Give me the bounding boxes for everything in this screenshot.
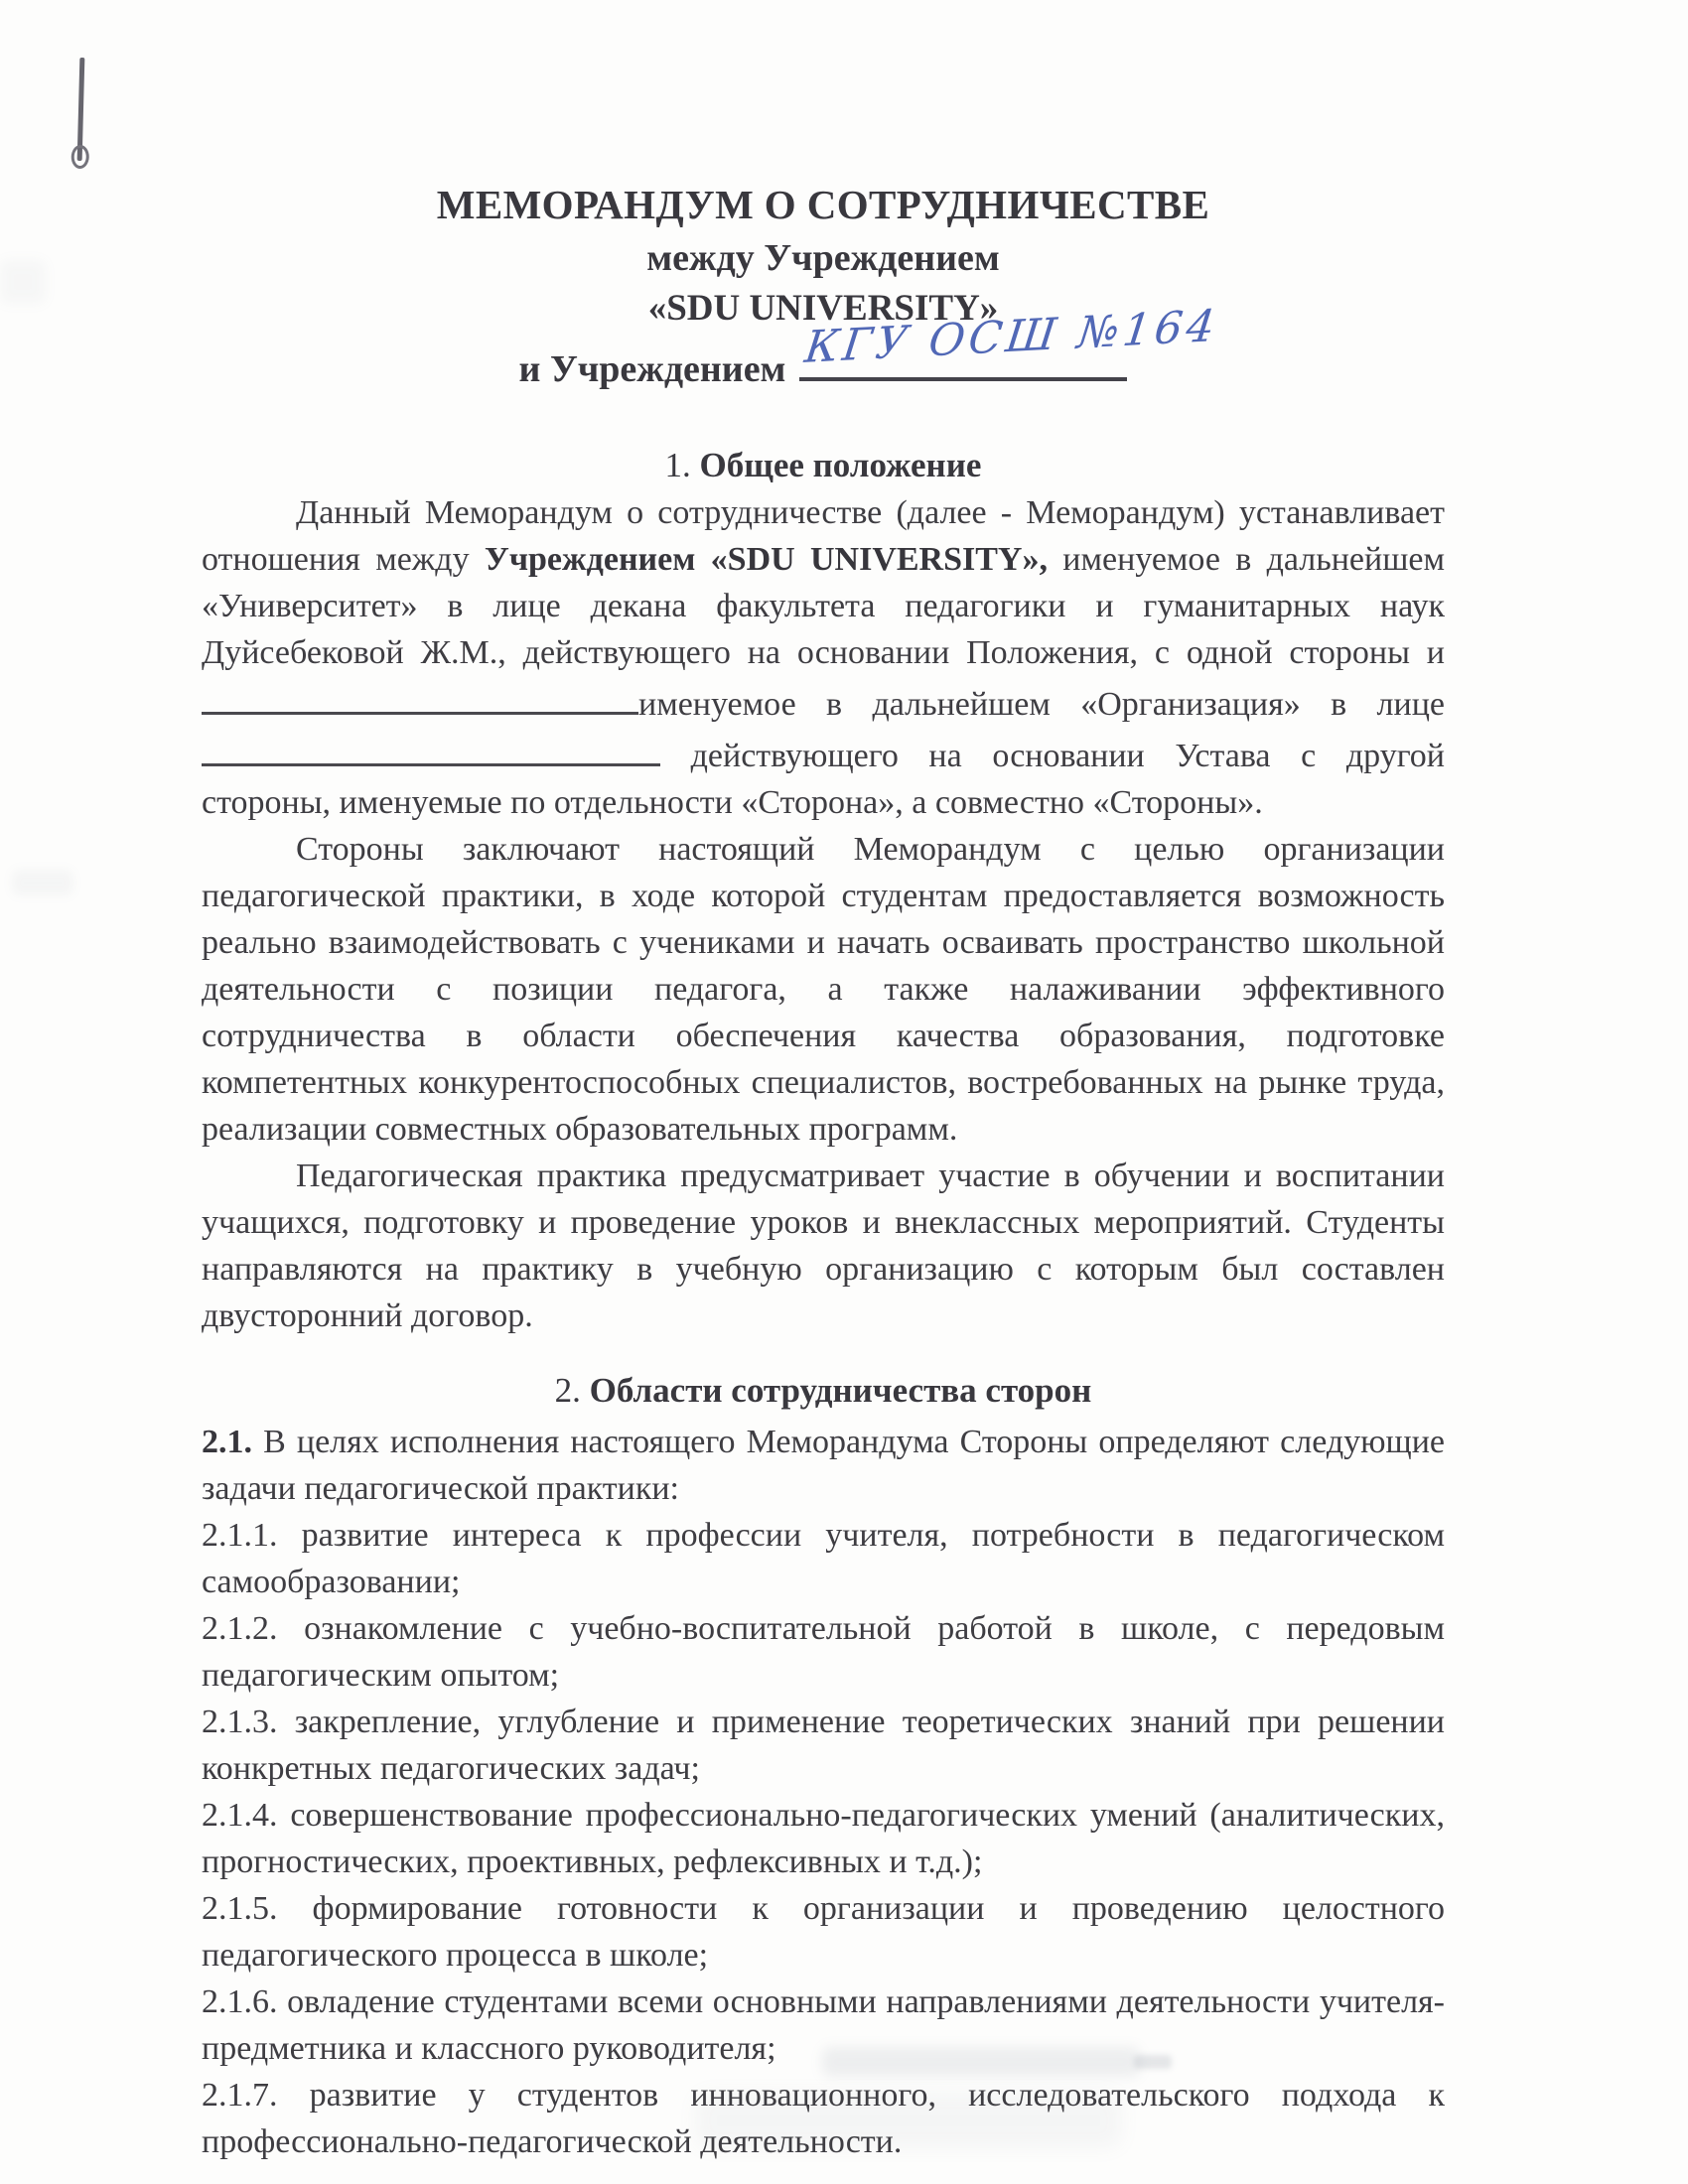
paragraph-purpose: Стороны заключают настоящий Меморандум с…	[202, 826, 1445, 1153]
list-item: 2.1.2. ознакомление с учебно-воспитатель…	[202, 1605, 1445, 1699]
text-run: В целях исполнения настоящего Меморандум…	[202, 1424, 1445, 1507]
fill-in-blank	[202, 676, 638, 715]
list-item: 2.1.4. совершенствование профессионально…	[202, 1792, 1445, 1885]
document-subtitle: между Учреждением	[202, 232, 1445, 284]
clause-number: 2.1.4.	[202, 1797, 278, 1834]
clause-number: 2.1.3.	[202, 1704, 278, 1740]
section2-heading: 2. Области сотрудничества сторон	[202, 1367, 1445, 1415]
clause-2-1-intro: 2.1. В целях исполнения настоящего Мемор…	[202, 1419, 1445, 1512]
fill-in-blank	[202, 728, 660, 766]
clause-text: овладение студентами всеми основными нап…	[202, 1983, 1445, 2067]
clause-number: 2.1.6.	[202, 1983, 278, 2020]
list-item: 2.1.1. развитие интереса к профессии учи…	[202, 1512, 1445, 1605]
section2-title: Области сотрудничества сторон	[590, 1371, 1092, 1410]
clause-number: 2.1.7.	[202, 2077, 278, 2114]
document-title: МЕМОРАНДУМ О СОТРУДНИЧЕСТВЕ	[202, 177, 1445, 232]
paragraph-practice: Педагогическая практика предусматривает …	[202, 1153, 1445, 1339]
paragraph-general-provision: Данный Меморандум о сотрудничестве (дале…	[202, 489, 1445, 826]
section2-number: 2.	[555, 1371, 581, 1410]
list-item: 2.1.6. овладение студентами всеми основн…	[202, 1979, 1445, 2072]
clause-number: 2.1.2.	[202, 1610, 278, 1647]
clause-text: формирование готовности к организации и …	[202, 1890, 1445, 1974]
list-item: 2.1.5. формирование готовности к организ…	[202, 1885, 1445, 1979]
party2-line: и УчреждениемКГУ ОСШ №164	[202, 334, 1445, 400]
clause-text: развитие у студентов инновационного, исс…	[202, 2077, 1445, 2160]
text-run: 2.1.	[202, 1424, 252, 1460]
text-run: именуемое в дальнейшем «Организация» в л…	[638, 686, 1445, 723]
list-item: 2.1.7. развитие у студентов инновационно…	[202, 2072, 1445, 2165]
text-run: Учреждением «SDU UNIVERSITY»,	[485, 541, 1048, 578]
scan-artifact	[0, 260, 46, 304]
scan-artifact	[12, 870, 73, 895]
party2-blank-field: КГУ ОСШ №164	[799, 334, 1127, 381]
clause-text: закрепление, углубление и применение тео…	[202, 1704, 1445, 1787]
list-item: 2.1.3. закрепление, углубление и примене…	[202, 1699, 1445, 1792]
scanned-document-page: МЕМОРАНДУМ О СОТРУДНИЧЕСТВЕ между Учрежд…	[0, 0, 1688, 2184]
clause-text: ознакомление с учебно-воспитательной раб…	[202, 1610, 1445, 1694]
clause-text: совершенствование профессионально-педаго…	[202, 1797, 1445, 1880]
section1-title: Общее положение	[700, 446, 982, 484]
section1-heading: 1. Общее положение	[202, 442, 1445, 489]
clause-number: 2.1.1.	[202, 1517, 278, 1554]
pen-stroke-mark	[77, 58, 85, 161]
clause-text: развитие интереса к профессии учителя, п…	[202, 1517, 1445, 1600]
party2-prefix: и Учреждением	[519, 348, 786, 390]
section1-number: 1.	[665, 446, 691, 484]
document-body: МЕМОРАНДУМ О СОТРУДНИЧЕСТВЕ между Учрежд…	[202, 177, 1445, 2165]
clause-number: 2.1.5.	[202, 1890, 278, 1927]
clause-list: 2.1.1. развитие интереса к профессии учи…	[202, 1512, 1445, 2165]
